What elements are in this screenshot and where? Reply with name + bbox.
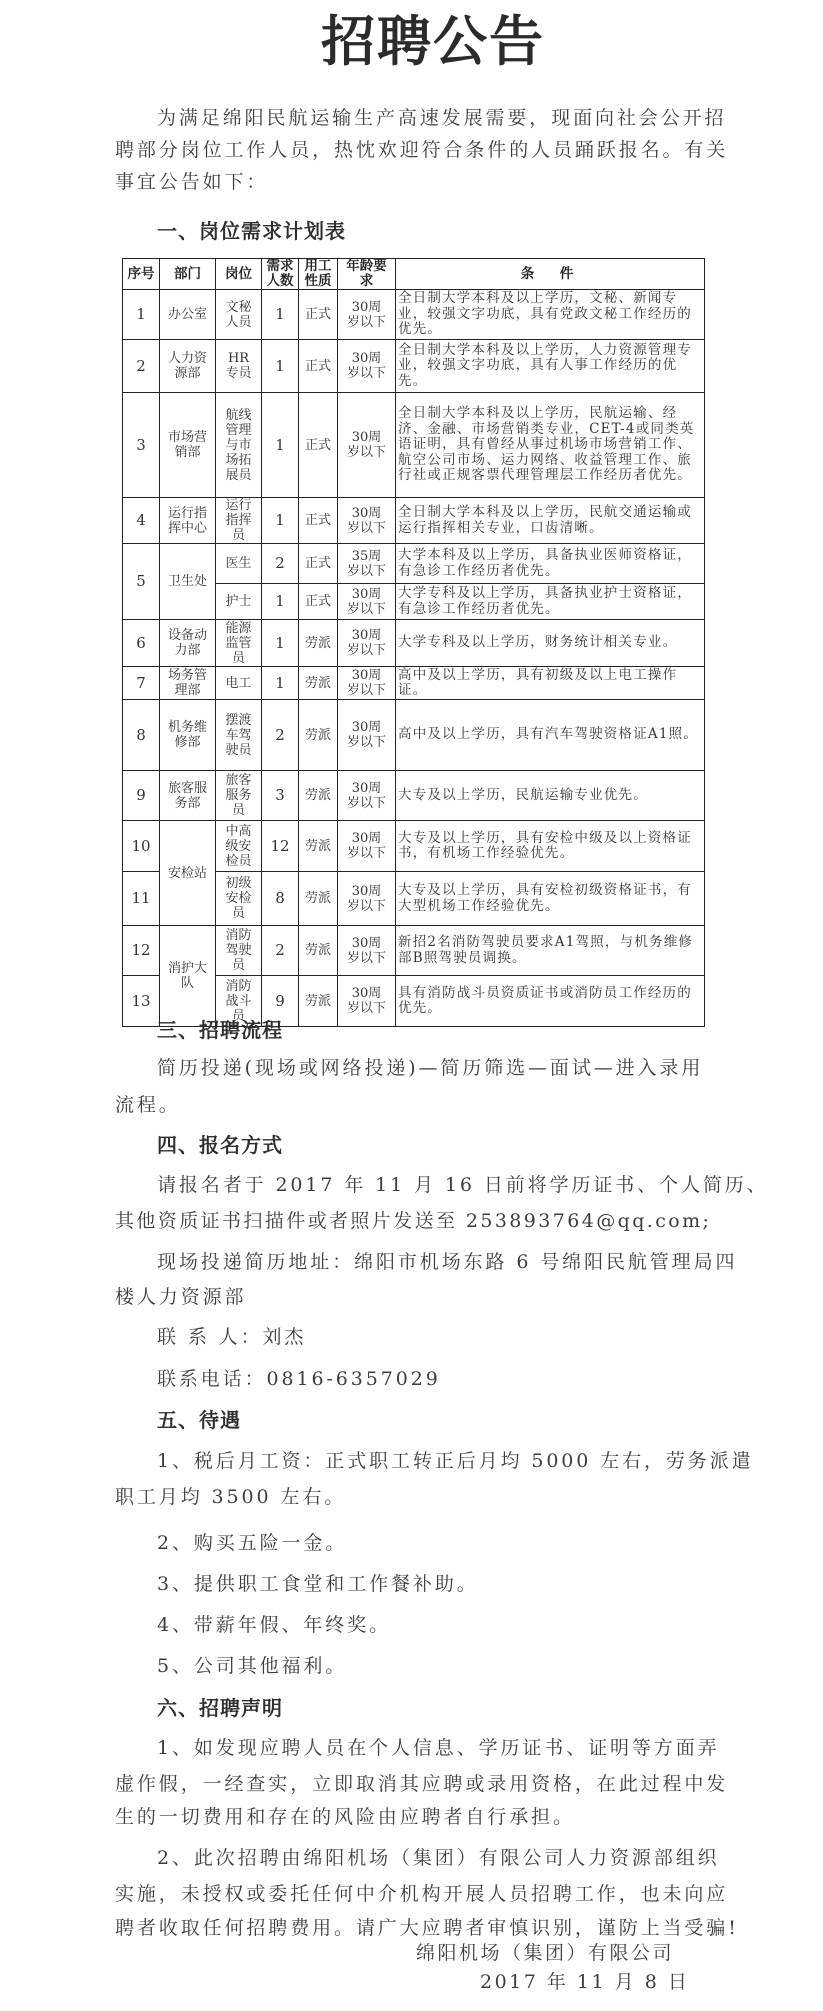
cell-count: 1 (262, 667, 299, 700)
cell-post: 中高级安检员 (216, 821, 262, 872)
cell-type: 正式 (299, 584, 338, 620)
cell-post: 文秘人员 (216, 290, 262, 340)
cell-dept: 场务管理部 (160, 667, 216, 700)
table-row: 2 人力资源部 HR专员 1 正式 30周岁以下 全日制大学本科及以上学历，人力… (123, 340, 705, 393)
intro-line: 聘部分岗位工作人员，热忱欢迎符合条件的人员踊跃报名。有关 (115, 138, 728, 162)
header-no: 序号 (123, 259, 160, 290)
header-post: 岗位 (216, 259, 262, 290)
cell-post: 消防驾驶员 (216, 926, 262, 976)
cell-conditions: 高中及以上学历，具有汽车驾驶资格证A1照。 (396, 700, 705, 771)
header-conditions: 条 件 (396, 259, 705, 290)
table-row: 9 旅客服务部 旅客服务员 3 劳派 30周岁以下 大专及以上学历，民航运输专业… (123, 771, 705, 821)
cell-age: 30周岁以下 (338, 340, 396, 393)
cell-age: 30周岁以下 (338, 584, 396, 620)
statement-line: 实施，未授权或委托任何中介机构开展人员招聘工作，也未向应 (115, 1882, 728, 1906)
benefit-item: 3、提供职工食堂和工作餐补助。 (157, 1572, 479, 1596)
table-row: 6 设备动力部 能源监管员 1 劳派 30周岁以下 大学专科及以上学历，财务统计… (123, 620, 705, 667)
cell-type: 正式 (299, 498, 338, 544)
cell-conditions: 全日制大学本科及以上学历，文秘、新闻专业，较强文字功底，具有党政文秘工作经历的优… (396, 290, 705, 340)
cell-count: 2 (262, 926, 299, 976)
table-row: 3 市场营销部 航线管理与市场拓展员 1 正式 30周岁以下 全日制大学本科及以… (123, 393, 705, 498)
intro-line: 为满足绵阳民航运输生产高速发展需要，现面向社会公开招 (157, 106, 726, 130)
cell-type: 正式 (299, 290, 338, 340)
section-heading-plan: 一、岗位需求计划表 (157, 218, 346, 244)
cell-type: 正式 (299, 393, 338, 498)
cell-age: 30周岁以下 (338, 290, 396, 340)
cell-type: 正式 (299, 340, 338, 393)
cell-count: 1 (262, 584, 299, 620)
table-row: 12 消护大队 消防驾驶员 2 劳派 30周岁以下 新招2名消防驾驶员要求A1驾… (123, 926, 705, 976)
cell-no: 9 (123, 771, 160, 821)
section-heading-benefits: 五、待遇 (157, 1407, 241, 1433)
cell-age: 30周岁以下 (338, 620, 396, 667)
cell-dept: 旅客服务部 (160, 771, 216, 821)
benefit-item: 1、税后月工资：正式职工转正后月均 5000 左右，劳务派遣 (157, 1449, 754, 1473)
cell-no: 3 (123, 393, 160, 498)
cell-no: 5 (123, 544, 160, 620)
cell-type: 劳派 (299, 667, 338, 700)
cell-dept: 人力资源部 (160, 340, 216, 393)
address-line: 现场投递简历地址：绵阳市机场东路 6 号绵阳民航管理局四 (157, 1250, 737, 1274)
cell-conditions: 新招2名消防驾驶员要求A1驾照，与机务维修部B照驾驶员调换。 (396, 926, 705, 976)
cell-count: 1 (262, 290, 299, 340)
signature-date: 2017 年 11 月 8 日 (480, 1970, 689, 1994)
cell-age: 30周岁以下 (338, 821, 396, 872)
section-heading-statement: 六、招聘声明 (157, 1695, 283, 1721)
header-count: 需求人数 (262, 259, 299, 290)
cell-conditions: 全日制大学本科及以上学历，人力资源管理专业，较强文字功底，具有人事工作经历的优先… (396, 340, 705, 393)
cell-dept: 办公室 (160, 290, 216, 340)
cell-type: 劳派 (299, 771, 338, 821)
cell-no: 1 (123, 290, 160, 340)
cell-count: 1 (262, 498, 299, 544)
header-age: 年龄要求 (338, 259, 396, 290)
cell-dept: 消护大队 (160, 926, 216, 1027)
signature-company: 绵阳机场（集团）有限公司 (416, 1941, 674, 1965)
cell-age: 30周岁以下 (338, 976, 396, 1027)
cell-age: 30周岁以下 (338, 926, 396, 976)
cell-conditions: 大专及以上学历，民航运输专业优先。 (396, 771, 705, 821)
cell-age: 30周岁以下 (338, 872, 396, 926)
cell-post: 电工 (216, 667, 262, 700)
cell-count: 12 (262, 821, 299, 872)
cell-dept: 机务维修部 (160, 700, 216, 771)
table-header-row: 序号 部门 岗位 需求人数 用工性质 年龄要求 条 件 (123, 259, 705, 290)
cell-dept: 卫生处 (160, 544, 216, 620)
cell-conditions: 具有消防战斗员资质证书或消防员工作经历的优先。 (396, 976, 705, 1027)
apply-email-line: 其他资质证书扫描件或者照片发送至 253893764@qq.com; (115, 1209, 711, 1233)
cell-type: 劳派 (299, 872, 338, 926)
cell-count: 8 (262, 872, 299, 926)
cell-no: 8 (123, 700, 160, 771)
cell-count: 3 (262, 771, 299, 821)
statement-line: 生的一切费用和存在的风险由应聘者自行承担。 (115, 1805, 575, 1829)
cell-count: 2 (262, 544, 299, 584)
cell-age: 35周岁以下 (338, 544, 396, 584)
cell-post: 医生 (216, 544, 262, 584)
cell-type: 劳派 (299, 821, 338, 872)
cell-dept: 市场营销部 (160, 393, 216, 498)
cell-count: 1 (262, 340, 299, 393)
cell-post: 摆渡车驾驶员 (216, 700, 262, 771)
intro-line: 事宜公告如下： (115, 170, 268, 194)
cell-age: 30周岁以下 (338, 700, 396, 771)
table-row: 4 运行指挥中心 运行指挥员 1 正式 30周岁以下 全日制大学本科及以上学历，… (123, 498, 705, 544)
apply-line: 请报名者于 2017 年 11 月 16 日前将学历证书、个人简历、 (157, 1173, 769, 1197)
cell-type: 劳派 (299, 976, 338, 1027)
cell-no: 6 (123, 620, 160, 667)
cell-no: 4 (123, 498, 160, 544)
cell-conditions: 大学专科及以上学历，财务统计相关专业。 (396, 620, 705, 667)
cell-no: 13 (123, 976, 160, 1027)
page-title: 招聘公告 (0, 6, 823, 76)
contact-phone: 联系电话：0816-6357029 (157, 1367, 441, 1391)
cell-no: 2 (123, 340, 160, 393)
table-row: 10 安检站 中高级安检员 12 劳派 30周岁以下 大专及以上学历，具有安检中… (123, 821, 705, 872)
cell-conditions: 全日制大学本科及以上学历，民航交通运输或运行指挥相关专业，口齿清晰。 (396, 498, 705, 544)
cell-no: 11 (123, 872, 160, 926)
cell-dept: 安检站 (160, 821, 216, 926)
cell-conditions: 大学专科及以上学历，具备执业护士资格证，有急诊工作经历者优先。 (396, 584, 705, 620)
statement-line: 聘者收取任何招聘费用。请广大应聘者审慎识别，谨防上当受骗! (115, 1916, 739, 1940)
cell-post: 初级安检员 (216, 872, 262, 926)
cell-post: 护士 (216, 584, 262, 620)
address-line: 楼人力资源部 (115, 1285, 246, 1309)
statement-line: 2、此次招聘由绵阳机场（集团）有限公司人力资源部组织 (157, 1846, 720, 1870)
process-line: 简历投递(现场或网络投递)—简历筛选—面试—进入录用 (157, 1056, 703, 1080)
cell-post: 旅客服务员 (216, 771, 262, 821)
section-heading-process: 三、招聘流程 (157, 1017, 283, 1043)
header-type: 用工性质 (299, 259, 338, 290)
cell-count: 1 (262, 620, 299, 667)
process-line: 流程。 (115, 1093, 181, 1117)
cell-post: 能源监管员 (216, 620, 262, 667)
table-row: 5 卫生处 医生 2 正式 35周岁以下 大学本科及以上学历，具备执业医师资格证… (123, 544, 705, 584)
cell-type: 劳派 (299, 620, 338, 667)
cell-type: 正式 (299, 544, 338, 584)
cell-type: 劳派 (299, 926, 338, 976)
cell-no: 10 (123, 821, 160, 872)
benefit-item: 2、购买五险一金。 (157, 1531, 347, 1555)
statement-line: 1、如发现应聘人员在个人信息、学历证书、证明等方面弄 (157, 1736, 720, 1760)
section-heading-apply: 四、报名方式 (157, 1132, 283, 1158)
cell-conditions: 全日制大学本科及以上学历，民航运输、经济、金融、市场营销类专业，CET-4或同类… (396, 393, 705, 498)
cell-type: 劳派 (299, 700, 338, 771)
statement-line: 虚作假，一经查实，立即取消其应聘或录用资格，在此过程中发 (115, 1772, 728, 1796)
cell-count: 1 (262, 393, 299, 498)
benefit-item: 4、带薪年假、年终奖。 (157, 1613, 391, 1637)
cell-post: 航线管理与市场拓展员 (216, 393, 262, 498)
cell-no: 7 (123, 667, 160, 700)
table-row: 8 机务维修部 摆渡车驾驶员 2 劳派 30周岁以下 高中及以上学历，具有汽车驾… (123, 700, 705, 771)
header-dept: 部门 (160, 259, 216, 290)
benefit-item: 5、公司其他福利。 (157, 1654, 347, 1678)
cell-post: 运行指挥员 (216, 498, 262, 544)
position-plan-table: 序号 部门 岗位 需求人数 用工性质 年龄要求 条 件 1 办公室 文秘人员 1… (122, 258, 705, 1027)
table-row: 7 场务管理部 电工 1 劳派 30周岁以下 高中及以上学历，具有初级及以上电工… (123, 667, 705, 700)
cell-age: 30周岁以下 (338, 498, 396, 544)
cell-age: 30周岁以下 (338, 393, 396, 498)
cell-age: 30周岁以下 (338, 667, 396, 700)
cell-age: 30周岁以下 (338, 771, 396, 821)
cell-conditions: 大专及以上学历，具有安检中级及以上资格证书，有机场工作经验优先。 (396, 821, 705, 872)
cell-conditions: 大专及以上学历，具有安检初级资格证书，有大型机场工作经验优先。 (396, 872, 705, 926)
cell-conditions: 大学本科及以上学历，具备执业医师资格证，有急诊工作经历者优先。 (396, 544, 705, 584)
cell-dept: 设备动力部 (160, 620, 216, 667)
contact-person: 联 系 人：刘杰 (157, 1325, 306, 1349)
table-row: 1 办公室 文秘人员 1 正式 30周岁以下 全日制大学本科及以上学历，文秘、新… (123, 290, 705, 340)
cell-dept: 运行指挥中心 (160, 498, 216, 544)
benefit-item: 职工月均 3500 左右。 (115, 1485, 346, 1509)
cell-no: 12 (123, 926, 160, 976)
cell-count: 2 (262, 700, 299, 771)
cell-post: HR专员 (216, 340, 262, 393)
cell-conditions: 高中及以上学历，具有初级及以上电工操作证。 (396, 667, 705, 700)
